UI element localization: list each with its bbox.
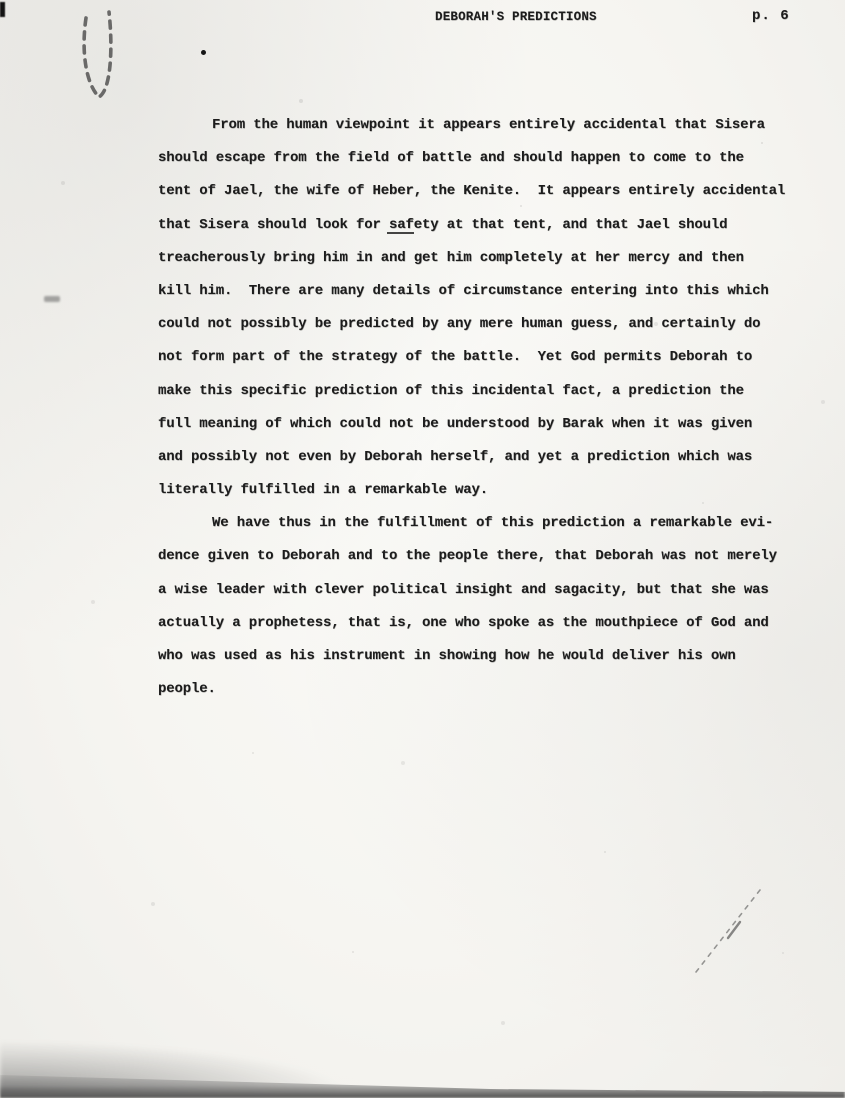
text-line: a wise leader with clever political insi… bbox=[158, 574, 818, 607]
document-title: DEBORAH'S PREDICTIONS bbox=[435, 10, 597, 24]
text-line: could not possibly be predicted by any m… bbox=[158, 308, 818, 341]
paperclip-impression-icon bbox=[72, 4, 134, 108]
text-line: treacherously bring him in and get him c… bbox=[158, 242, 818, 275]
text-line: From the human viewpoint it appears enti… bbox=[158, 109, 818, 142]
text-line: people. bbox=[158, 673, 818, 706]
text-line: not form part of the strategy of the bat… bbox=[158, 341, 818, 374]
text-line: dence given to Deborah and to the people… bbox=[158, 540, 818, 573]
ink-dot-mark bbox=[201, 50, 206, 55]
text-line: tent of Jael, the wife of Heber, the Ken… bbox=[158, 175, 818, 208]
text-line: actually a prophetess, that is, one who … bbox=[158, 607, 818, 640]
page-number: p. 6 bbox=[752, 8, 790, 24]
text-line: kill him. There are many details of circ… bbox=[158, 275, 818, 308]
scan-corner-mark bbox=[0, 2, 5, 17]
text-line: We have thus in the fulfillment of this … bbox=[158, 507, 818, 540]
text-line: literally fulfilled in a remarkable way. bbox=[158, 474, 818, 507]
text-line: full meaning of which could not be under… bbox=[158, 408, 818, 441]
text-line: and possibly not even by Deborah herself… bbox=[158, 441, 818, 474]
text-line: that Sisera should look for safety at th… bbox=[158, 209, 818, 242]
text-line: should escape from the field of battle a… bbox=[158, 142, 818, 175]
text-line: make this specific prediction of this in… bbox=[158, 375, 818, 408]
scanned-document-page: DEBORAH'S PREDICTIONS p. 6 From the huma… bbox=[0, 0, 845, 1098]
scratch-mark bbox=[688, 884, 788, 984]
typed-underline-mark bbox=[387, 232, 414, 234]
paper-noise bbox=[0, 0, 2, 2]
smudge-mark bbox=[44, 296, 60, 302]
document-body: From the human viewpoint it appears enti… bbox=[158, 109, 818, 706]
text-line: who was used as his instrument in showin… bbox=[158, 640, 818, 673]
